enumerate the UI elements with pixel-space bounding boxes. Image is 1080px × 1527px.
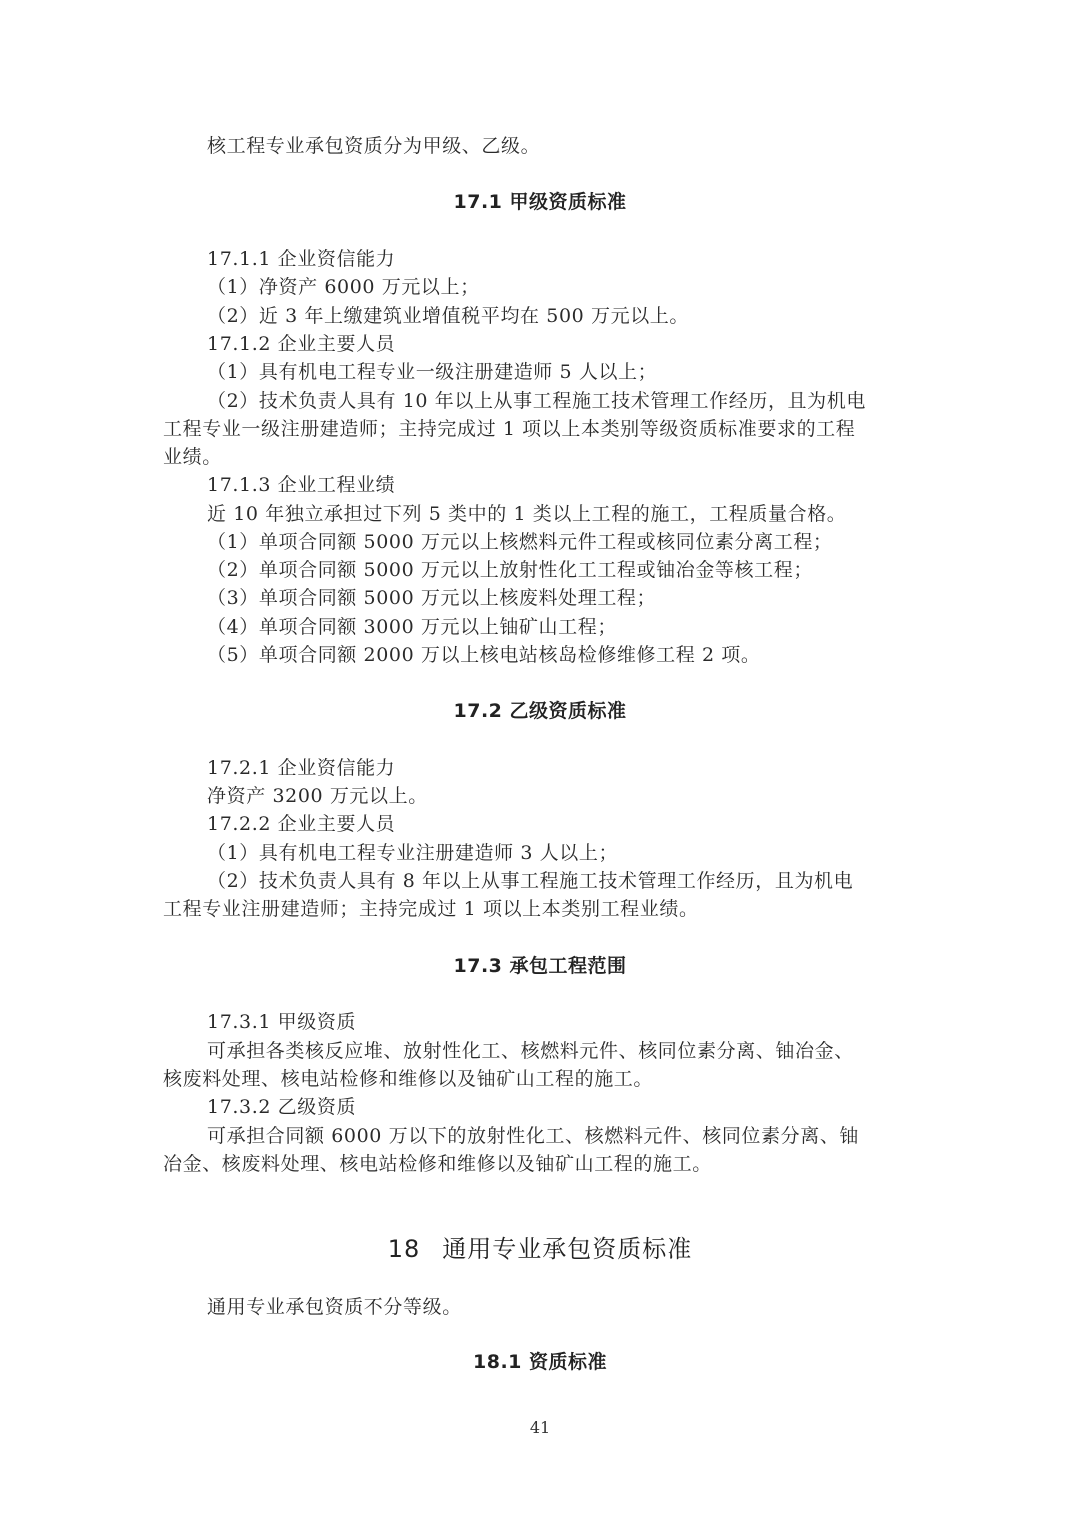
paragraph: 可承担各类核反应堆、放射性化工、核燃料元件、核同位素分离、铀冶金、 (207, 1037, 854, 1065)
paragraph: 净资产 3200 万元以上。 (207, 782, 428, 810)
subsection-title-17-1-3: 17.1.3 企业工程业绩 (207, 471, 395, 499)
page-number: 41 (0, 1417, 1080, 1439)
paragraph: 近 10 年独立承担过下列 5 类中的 1 类以上工程的施工，工程质量合格。 (207, 500, 846, 528)
list-item: （2）技术负责人具有 8 年以上从事工程施工技术管理工作经历，且为机电 (207, 867, 853, 895)
paragraph: 通用专业承包资质不分等级。 (207, 1293, 462, 1321)
section-heading-18-1: 18.1 资质标准 (0, 1348, 1080, 1376)
list-item: （1）具有机电工程专业注册建造师 3 人以上； (207, 839, 618, 867)
intro-paragraph: 核工程专业承包资质分为甲级、乙级。 (207, 132, 540, 160)
list-item: （2）单项合同额 5000 万元以上放射性化工工程或铀冶金等核工程； (207, 556, 813, 584)
list-item: （1）单项合同额 5000 万元以上核燃料元件工程或核同位素分离工程； (207, 528, 833, 556)
chapter-number: 18 (388, 1235, 421, 1263)
list-item: （2）近 3 年上缴建筑业增值税平均在 500 万元以上。 (207, 302, 689, 330)
section-heading-17-3: 17.3 承包工程范围 (0, 952, 1080, 980)
paragraph: 可承担合同额 6000 万以下的放射性化工、核燃料元件、核同位素分离、铀 (207, 1122, 859, 1150)
subsection-title-17-1-1: 17.1.1 企业资信能力 (207, 245, 395, 273)
subsection-title-17-2-1: 17.2.1 企业资信能力 (207, 754, 395, 782)
list-item: （1）具有机电工程专业一级注册建造师 5 人以上； (207, 358, 657, 386)
list-item: （2）技术负责人具有 10 年以上从事工程施工技术管理工作经历，且为机电 (207, 387, 866, 415)
list-item-continuation: 工程专业注册建造师；主持完成过 1 项以上本类别工程业绩。 (163, 895, 699, 923)
list-item-continuation: 业绩。 (163, 443, 222, 471)
list-item: （1）净资产 6000 万元以上； (207, 273, 480, 301)
paragraph-continuation: 冶金、核废料处理、核电站检修和维修以及铀矿山工程的施工。 (163, 1150, 712, 1178)
subsection-title-17-1-2: 17.1.2 企业主要人员 (207, 330, 395, 358)
chapter-heading-18: 18通用专业承包资质标准 (0, 1232, 1080, 1266)
section-heading-17-2: 17.2 乙级资质标准 (0, 697, 1080, 725)
chapter-title: 通用专业承包资质标准 (442, 1235, 692, 1263)
list-item: （4）单项合同额 3000 万元以上铀矿山工程； (207, 613, 617, 641)
subsection-title-17-3-2: 17.3.2 乙级资质 (207, 1093, 356, 1121)
section-heading-17-1: 17.1 甲级资质标准 (0, 188, 1080, 216)
paragraph-continuation: 核废料处理、核电站检修和维修以及铀矿山工程的施工。 (163, 1065, 653, 1093)
subsection-title-17-2-2: 17.2.2 企业主要人员 (207, 810, 395, 838)
list-item: （3）单项合同额 5000 万元以上核废料处理工程； (207, 584, 656, 612)
subsection-title-17-3-1: 17.3.1 甲级资质 (207, 1008, 356, 1036)
list-item-continuation: 工程专业一级注册建造师；主持完成过 1 项以上本类别等级资质标准要求的工程 (163, 415, 855, 443)
list-item: （5）单项合同额 2000 万以上核电站核岛检修维修工程 2 项。 (207, 641, 761, 669)
